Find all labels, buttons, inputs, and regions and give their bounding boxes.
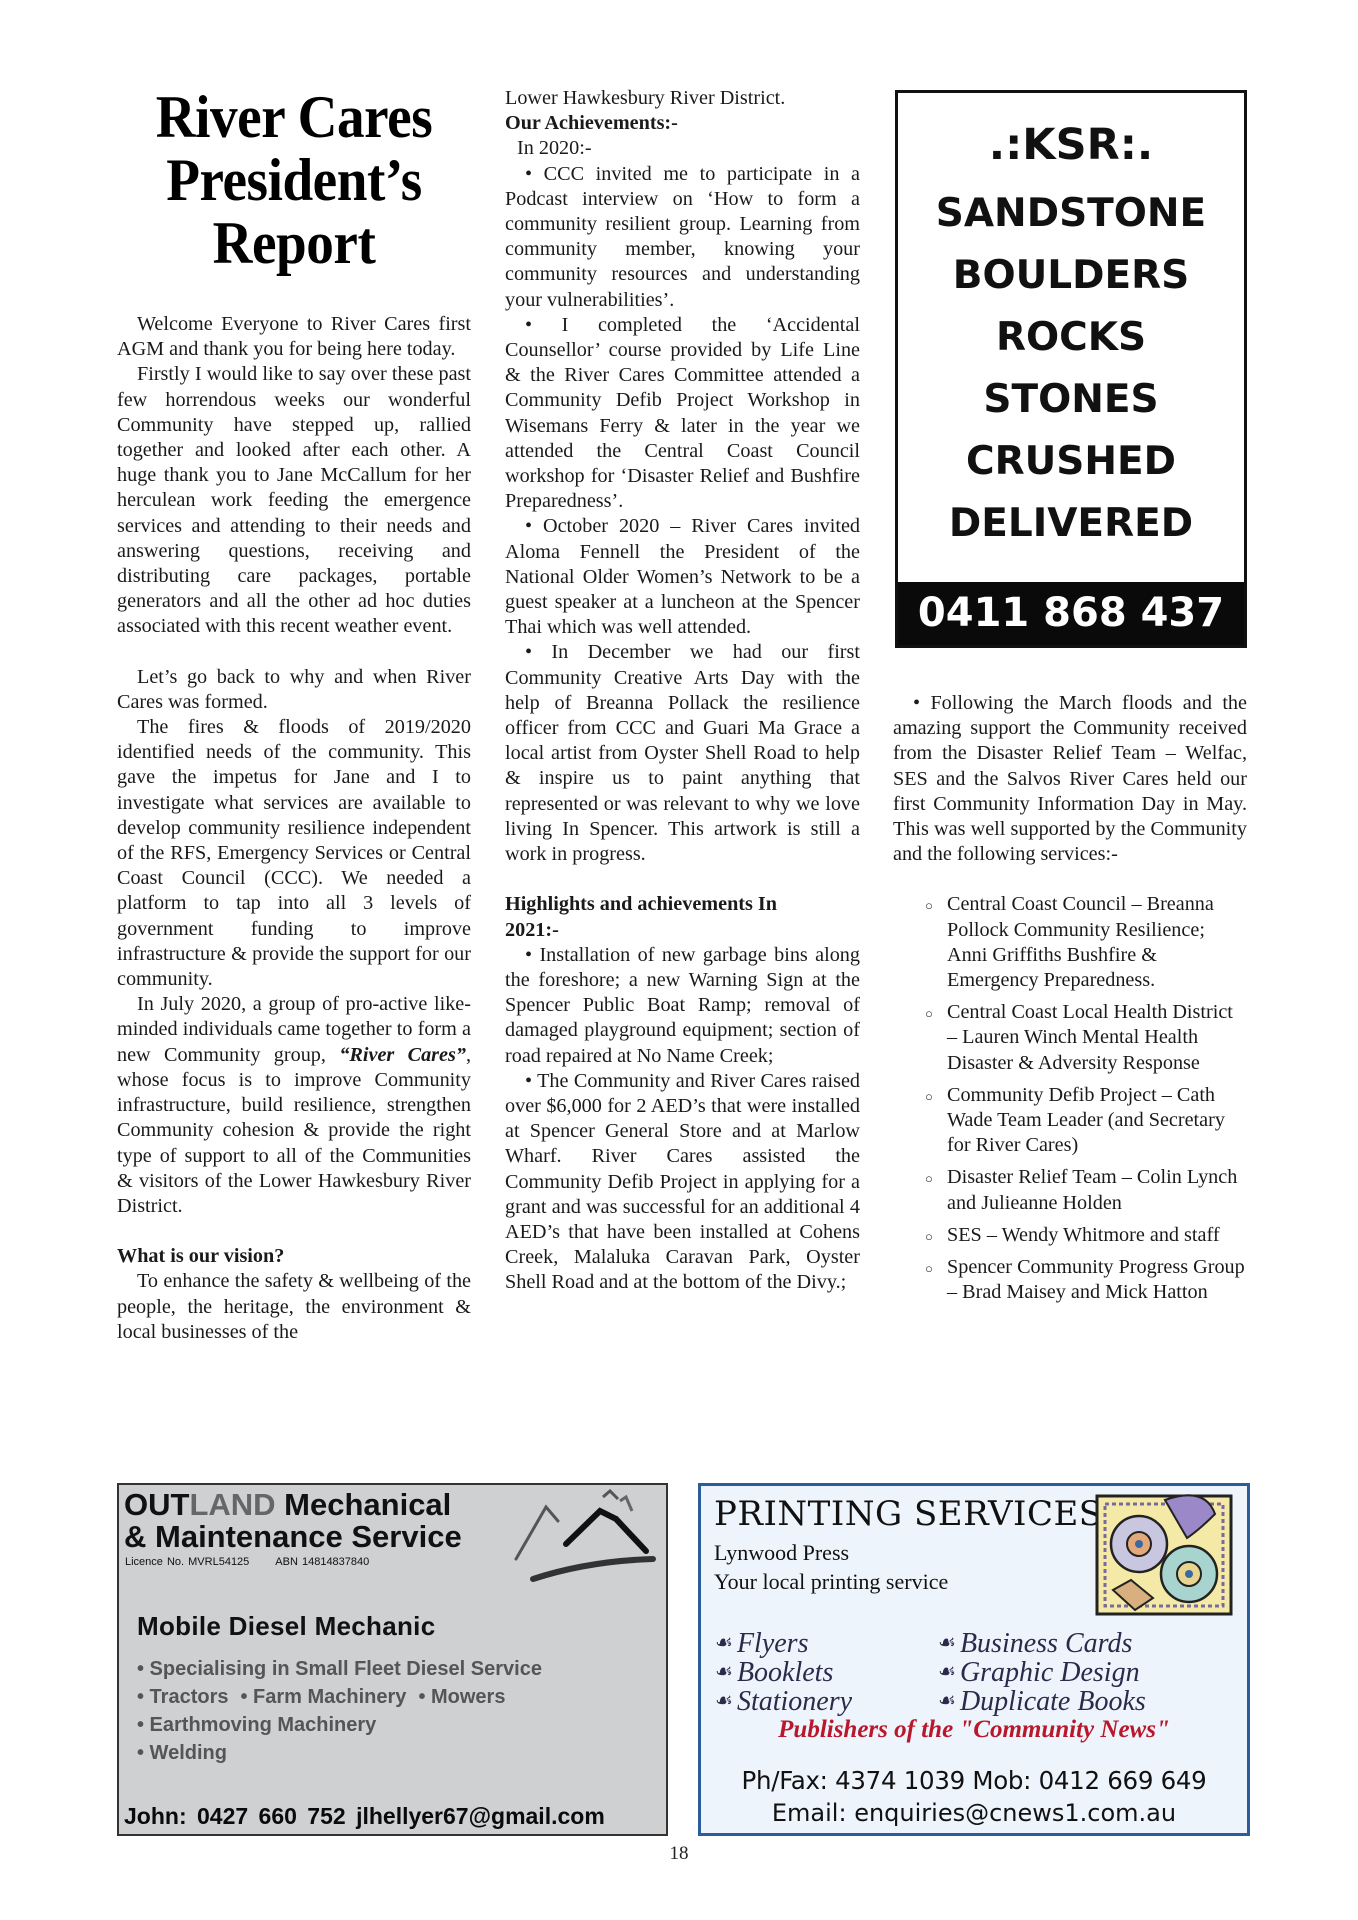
list-item: • Specialising in Small Fleet Diesel Ser… bbox=[137, 1655, 542, 1683]
article-title: River Cares President’s Report bbox=[131, 86, 457, 275]
ksr-line: BOULDERS bbox=[898, 245, 1244, 307]
bullet-item: • CCC invited me to participate in a Pod… bbox=[505, 162, 860, 313]
list-item: Central Coast Local Health District – La… bbox=[925, 1000, 1247, 1076]
publishers-line: Publishers of the "Community News" bbox=[701, 1716, 1247, 1744]
paragraph: Let’s go back to why and when River Care… bbox=[117, 665, 471, 715]
ksr-line: DELIVERED bbox=[898, 493, 1244, 555]
paragraph: Lower Hawkesbury River District. bbox=[505, 86, 860, 111]
vision-heading: What is our vision? bbox=[117, 1244, 471, 1269]
printing-items-right: ☙Business Cards ☙Graphic Design ☙Duplica… bbox=[938, 1629, 1146, 1716]
list-item: • Tractors• Farm Machinery• Mowers bbox=[137, 1683, 542, 1711]
list-item: • Earthmoving Machinery bbox=[137, 1711, 542, 1739]
bullet-item: • Installation of new garbage bins along… bbox=[505, 943, 860, 1069]
paragraph: In July 2020, a group of pro-active like… bbox=[117, 992, 471, 1219]
mountain-logo-icon bbox=[508, 1489, 658, 1584]
list-item: SES – Wendy Whitmore and staff bbox=[925, 1223, 1247, 1248]
paragraph: The fires & floods of 2019/2020 identifi… bbox=[117, 715, 471, 992]
ksr-phone: 0411 868 437 bbox=[898, 582, 1244, 645]
ksr-line: ROCKS bbox=[898, 307, 1244, 369]
outland-tagline: Mobile Diesel Mechanic bbox=[137, 1611, 435, 1642]
printing-phone: Ph/Fax: 4374 1039 Mob: 0412 669 649 bbox=[701, 1766, 1247, 1795]
printing-items-left: ☙Flyers ☙Booklets ☙Stationery bbox=[715, 1629, 852, 1716]
title-line-2: President’s bbox=[131, 149, 457, 212]
outland-contact: John: 0427 660 752 jlhellyer67@gmail.com bbox=[124, 1803, 605, 1830]
bullet-item: • I completed the ‘Accidental Counsellor… bbox=[505, 313, 860, 515]
article-column-1: Welcome Everyone to River Cares first AG… bbox=[117, 312, 471, 1345]
ksr-line: STONES bbox=[898, 369, 1244, 431]
list-item: ☙Stationery bbox=[715, 1687, 852, 1716]
list-item: ☙Booklets bbox=[715, 1658, 852, 1687]
outland-heading: OUTLAND Mechanical & Maintenance Service bbox=[124, 1489, 462, 1553]
list-item: ☙Duplicate Books bbox=[938, 1687, 1146, 1716]
list-item: ☙Business Cards bbox=[938, 1629, 1146, 1658]
fleuron-icon: ☙ bbox=[938, 1632, 956, 1654]
ksr-logo: .:KSR:. bbox=[898, 113, 1244, 177]
page-number: 18 bbox=[0, 1843, 1358, 1865]
bullet-item: • Following the March floods and the ama… bbox=[893, 691, 1247, 867]
title-line-1: River Cares bbox=[131, 86, 457, 149]
paragraph: Welcome Everyone to River Cares first AG… bbox=[117, 312, 471, 362]
licence-info: Licence No. MVRL54125ABN 14814837840 bbox=[125, 1556, 369, 1568]
river-cares-emphasis: “River Cares” bbox=[339, 1044, 466, 1066]
fleuron-icon: ☙ bbox=[715, 1661, 733, 1683]
list-item: Central Coast Council – Breanna Pollock … bbox=[925, 892, 1247, 993]
achievements-heading: Our Achievements:- bbox=[505, 111, 860, 136]
ksr-line: SANDSTONE bbox=[898, 183, 1244, 245]
list-item: ☙Flyers bbox=[715, 1629, 852, 1658]
ksr-advertisement: .:KSR:. SANDSTONE BOULDERS ROCKS STONES … bbox=[895, 90, 1247, 648]
list-item: Spencer Community Progress Group – Brad … bbox=[925, 1255, 1247, 1305]
services-list: Central Coast Council – Breanna Pollock … bbox=[893, 892, 1247, 1305]
year-label: In 2020:- bbox=[505, 136, 860, 161]
paragraph: Firstly I would like to say over these p… bbox=[117, 362, 471, 639]
list-item: Community Defib Project – Cath Wade Team… bbox=[925, 1083, 1247, 1159]
fleuron-icon: ☙ bbox=[938, 1661, 956, 1683]
list-item: Disaster Relief Team – Colin Lynch and J… bbox=[925, 1165, 1247, 1215]
fleuron-icon: ☙ bbox=[938, 1690, 956, 1712]
ksr-line: CRUSHED bbox=[898, 431, 1244, 493]
list-item: • Welding bbox=[137, 1739, 542, 1767]
title-line-3: Report bbox=[131, 212, 457, 275]
printing-press-art-icon bbox=[1095, 1490, 1233, 1618]
company-name: Lynwood Press bbox=[714, 1540, 849, 1566]
bullet-item: • In December we had our first Community… bbox=[505, 640, 860, 867]
outland-advertisement: OUTLAND Mechanical & Maintenance Service… bbox=[117, 1483, 668, 1836]
article-column-2: Lower Hawkesbury River District. Our Ach… bbox=[505, 86, 860, 1296]
highlights-heading: Highlights and achievements In 2021:- bbox=[505, 892, 860, 942]
bullet-item: • The Community and River Cares raised o… bbox=[505, 1069, 860, 1296]
outland-services: • Specialising in Small Fleet Diesel Ser… bbox=[137, 1655, 542, 1767]
printing-email: Email: enquiries@cnews1.com.au bbox=[701, 1799, 1247, 1827]
printing-tagline: Your local printing service bbox=[714, 1569, 948, 1595]
list-item: ☙Graphic Design bbox=[938, 1658, 1146, 1687]
fleuron-icon: ☙ bbox=[715, 1632, 733, 1654]
printing-heading: PRINTING SERVICES bbox=[714, 1494, 1103, 1534]
bullet-item: • October 2020 – River Cares invited Alo… bbox=[505, 514, 860, 640]
article-column-3: • Following the March floods and the ama… bbox=[893, 691, 1247, 1312]
paragraph: To enhance the safety & wellbeing of the… bbox=[117, 1269, 471, 1345]
fleuron-icon: ☙ bbox=[715, 1690, 733, 1712]
printing-services-advertisement: PRINTING SERVICES Lynwood Press Your loc… bbox=[698, 1483, 1250, 1836]
